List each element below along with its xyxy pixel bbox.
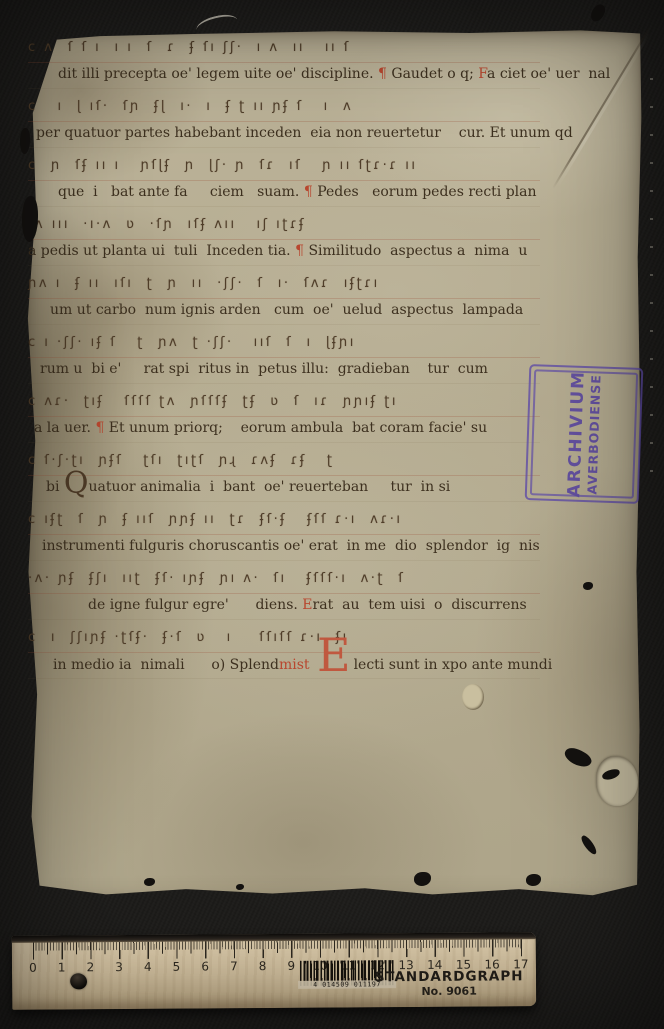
lyric-segment: lecti sunt in xpo ante mundi <box>354 657 553 673</box>
neume-line: c ʌɾ· ʈıʄ ſſſſ ʈʌ ɲſſſʄ ʈʄ ʋ ſ ıɾ ɲɲıʄ ʈ… <box>28 384 540 417</box>
ruler-brand-label: STANDARDGRAPH <box>374 968 523 985</box>
ruler-number: 4 <box>144 960 152 974</box>
lyric-segment: que i bat ante fa ciem suam. <box>58 184 304 200</box>
centimeter-ticks <box>33 939 523 959</box>
stamp-outer-border: ARCHIVIUM AVERBODIENSE <box>525 364 644 504</box>
ruler-number: 0 <box>29 961 37 975</box>
red-cap-text: E <box>302 597 312 613</box>
neume-line: c ɲ ſʄ ıı ı ɲſɭʄ ɲ ɭʃ· ɲ ſɾ ıſ ɲ ıı ſʈɾ·… <box>28 148 540 181</box>
stamp-inner-border: ARCHIVIUM AVERBODIENSE <box>530 369 638 499</box>
music-system: ·ʌ· ɲʄ ʄʃı ııʈ ʄſ· ıɲʄ ɲı ʌ· ſı ʄſſſ·ı ʌ… <box>28 561 540 620</box>
lyric-segment: Similitudo aspectus a nima u <box>304 243 527 259</box>
lyric-segment: bi <box>46 479 64 495</box>
neume-line: ʄʌ ııı ·ı·ʌ ʋ ·ſɲ ıſʄ ʌıı ıʃ ıʈɾʄ <box>28 207 540 240</box>
ruler-number: 8 <box>259 959 267 973</box>
ruler-number: 3 <box>115 960 123 974</box>
ruler-number: 6 <box>201 959 209 973</box>
lyric-segment: a pedis ut planta ui tuli Inceden tia. <box>28 243 295 259</box>
lyric-segment: Et unum priorq; eorum ambula bat coram f… <box>104 420 487 436</box>
music-system: c ı ·ʃʃ· ıʄ ſ ʈ ɲʌ ʈ ·ʃʃ· ııſ ſ ı ɭʄɲıru… <box>28 325 540 384</box>
lyric-segment: instrumenti fulguris choruscantis oe' er… <box>42 538 540 554</box>
lyric-segment: rum u bi e' rat spi ritus in petus illu:… <box>40 361 488 377</box>
neume-line: ɲʌ ı ʄ ıı ıſı ʈ ɲ ıı ·ʃʃ· ſ ı· ſʌɾ ıʄʈɾı <box>28 266 540 299</box>
lyric-segment: dit illi precepta oe' legem uite oe' dis… <box>58 66 378 82</box>
lyric-segment: per quatuor partes habebant inceden eia … <box>36 125 573 141</box>
ruler: 01234567891011121314151617 4 014509 0111… <box>12 932 537 1010</box>
music-system: c ı ɭ ıſ· ſɲ ʄɭ ı· ı ʄ ʈ ıı ɲʄ ſ ı ʌper … <box>28 89 540 148</box>
music-system: c ʌ ſ ſ ı ı ı ſ ɾ ʄ ſı ʃʃ· ı ʌ ıı ıı ſdi… <box>28 30 540 89</box>
ruler-number: 1 <box>58 960 66 974</box>
red-text: F <box>478 66 487 82</box>
lyric-line: per quatuor partes habebant inceden eia … <box>28 122 540 148</box>
lyric-segment: a la uer. <box>34 420 95 436</box>
lyric-line: instrumenti fulguris choruscantis oe' er… <box>28 535 540 561</box>
music-systems: c ʌ ſ ſ ı ı ı ſ ɾ ʄ ſı ʃʃ· ı ʌ ıı ıı ſdi… <box>28 30 540 679</box>
lyric-segment: rat au tem uisi o discurrens <box>313 597 527 613</box>
music-system: c ʌɾ· ʈıʄ ſſſſ ʈʌ ɲſſſʄ ʈʄ ʋ ſ ıɾ ɲɲıʄ ʈ… <box>28 384 540 443</box>
neume-line: c ı ʃʃıɲʄ ·ʈſʄ· ʄ·ſ ʋ ı ſſıſſ ɾ·ı ʄı <box>28 620 540 653</box>
lyric-line: bi Quatuor animalia i bant oe' reuerteba… <box>28 476 540 502</box>
neume-line: c ſ·ʃ·ʈı ɲʄſ ʈſı ʈıʈſ ɲɻ ɾʌʄ ɾʄ ʈ <box>28 443 540 476</box>
lyric-line: rum u bi e' rat spi ritus in petus illu:… <box>28 358 540 384</box>
tear-mark <box>589 2 607 23</box>
music-system: c ı ʃʃıɲʄ ·ʈſʄ· ʄ·ſ ʋ ı ſſıſſ ɾ·ı ʄıin m… <box>28 620 540 679</box>
lyric-line: in medio ia nimali o) Splendmist Electi … <box>28 653 540 679</box>
ruler-number: 5 <box>173 960 181 974</box>
music-system: ʄʌ ııı ·ı·ʌ ʋ ·ſɲ ıſʄ ʌıı ıʃ ıʈɾʄa pedis… <box>28 207 540 266</box>
lyric-segment: de igne fulgur egre' diens. <box>88 597 302 613</box>
lyric-line: um ut carbo num ignis arden cum oe' uelu… <box>28 299 540 325</box>
neume-line: ·ʌ· ɲʄ ʄʃı ııʈ ʄſ· ıɲʄ ɲı ʌ· ſı ʄſſſ·ı ʌ… <box>28 561 540 594</box>
lyric-line: de igne fulgur egre' diens. Erat au tem … <box>28 594 540 620</box>
initial-e-text: E <box>317 628 351 682</box>
photograph-scene: c ʌ ſ ſ ı ı ı ſ ɾ ʄ ſı ʃʃ· ı ʌ ıı ıı ſdi… <box>0 0 664 1029</box>
lyric-line: que i bat ante fa ciem suam. ¶ Pedes eor… <box>28 181 540 207</box>
lyric-segment: um ut carbo num ignis arden cum oe' uelu… <box>50 302 523 318</box>
lyric-segment: Splend <box>230 657 279 673</box>
ruler-tick-marks <box>33 939 523 959</box>
ruler-number: 9 <box>287 959 295 973</box>
archive-stamp: ARCHIVIUM AVERBODIENSE <box>525 364 644 504</box>
red-text: ¶ <box>304 184 313 200</box>
lyric-segment: Pedes eorum pedes recti plan <box>313 184 537 200</box>
lyric-segment: in medio ia nimali o) <box>53 657 230 673</box>
lyric-segment: a ciet oe' uer nal <box>487 66 610 82</box>
lyric-segment: Gaudet o q; <box>387 66 478 82</box>
lyric-line: a pedis ut planta ui tuli Inceden tia. ¶… <box>28 240 540 266</box>
ruler-model-label: No. 9061 <box>421 985 476 998</box>
lyric-line: a la uer. ¶ Et unum priorq; eorum ambula… <box>28 417 540 443</box>
pricking-dots <box>650 78 653 498</box>
neume-line: c ı ɭ ıſ· ſɲ ʄɭ ı· ı ʄ ʈ ıı ɲʄ ſ ı ʌ <box>28 89 540 122</box>
stamp-text: ARCHIVIUM AVERBODIENSE <box>564 370 603 499</box>
music-system: ɲʌ ı ʄ ıı ıſı ʈ ɲ ıı ·ʃʃ· ſ ı· ſʌɾ ıʄʈɾı… <box>28 266 540 325</box>
music-system: c ɲ ſʄ ıı ı ɲſɭʄ ɲ ɭʃ· ɲ ſɾ ıſ ɲ ıı ſʈɾ·… <box>28 148 540 207</box>
lyric-line: dit illi precepta oe' legem uite oe' dis… <box>28 63 540 89</box>
red-text: ¶ <box>295 243 304 259</box>
neume-line: c ı ·ʃʃ· ıʄ ſ ʈ ɲʌ ʈ ·ʃʃ· ııſ ſ ı ɭʄɲı <box>28 325 540 358</box>
initial-q-text: Q <box>64 466 89 501</box>
stamp-line-averbodiense: AVERBODIENSE <box>584 370 603 498</box>
music-system: c ıʄʈ ſ ɲ ʄ ııſ ɲɲʄ ıı ʈɾ ʄſ·ʄ ʄſſ ɾ·ı ʌ… <box>28 502 540 561</box>
red-text: ¶ <box>378 66 387 82</box>
neume-line: c ıʄʈ ſ ɲ ʄ ııſ ɲɲʄ ıı ʈɾ ʄſ·ʄ ʄſſ ɾ·ı ʌ… <box>28 502 540 535</box>
neume-line: c ʌ ſ ſ ı ı ı ſ ɾ ʄ ſı ʃʃ· ı ʌ ıı ıı ſ <box>28 30 540 63</box>
lyric-segment: uatuor animalia i bant oe' reuerteban tu… <box>89 479 451 495</box>
ruler-number: 2 <box>86 960 94 974</box>
music-system: c ſ·ʃ·ʈı ɲʄſ ʈſı ʈıʈſ ɲɻ ɾʌʄ ɾʄ ʈbi Quat… <box>28 443 540 502</box>
ruler-number: 7 <box>230 959 238 973</box>
red-text: mist <box>279 657 314 673</box>
